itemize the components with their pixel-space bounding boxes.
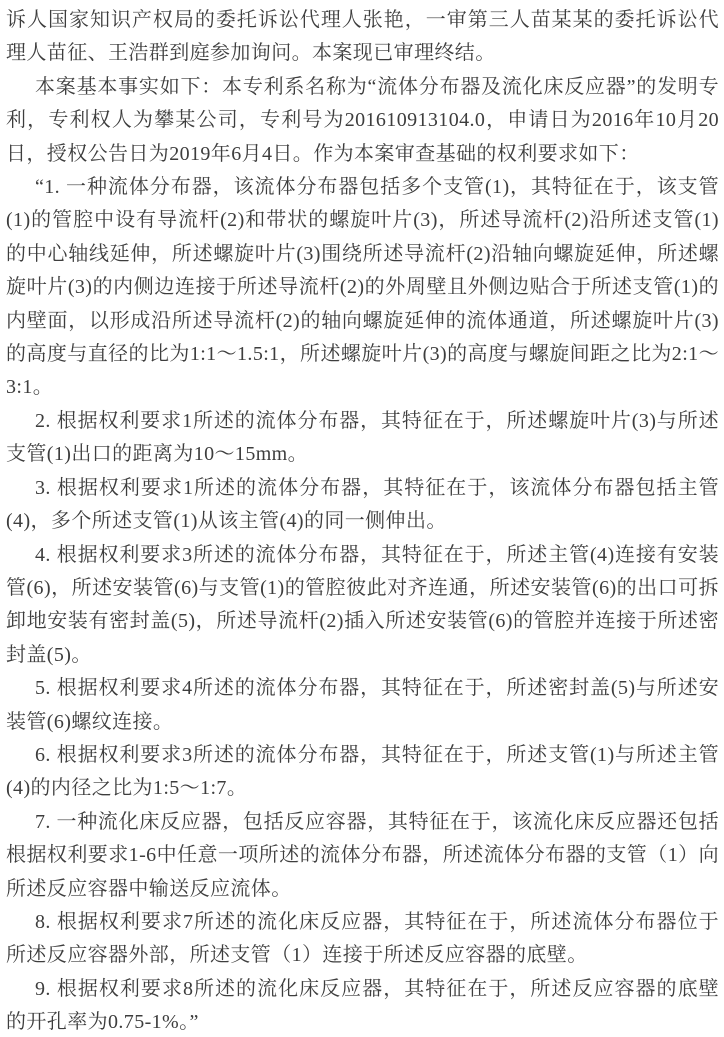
paragraph-8: 6. 根据权利要求3所述的流体分布器，其特征在于，所述支管(1)与所述主管(4)… xyxy=(6,739,719,806)
paragraph-2: 本案基本事实如下：本专利系名称为“流体分布器及流化床反应器”的发明专利，专利权人… xyxy=(6,71,719,171)
paragraph-6: 4. 根据权利要求3所述的流体分布器，其特征在于，所述主管(4)连接有安装管(6… xyxy=(6,539,719,673)
paragraph-11: 9. 根据权利要求8所述的流化床反应器，其特征在于，所述反应容器的底壁的开孔率为… xyxy=(6,973,719,1037)
paragraph-4: 2. 根据权利要求1所述的流体分布器，其特征在于，所述螺旋叶片(3)与所述支管(… xyxy=(6,405,719,472)
paragraph-3: “1. 一种流体分布器，该流体分布器包括多个支管(1)，其特征在于，该支管(1)… xyxy=(6,171,719,405)
paragraph-7: 5. 根据权利要求4所述的流体分布器，其特征在于，所述密封盖(5)与所述安装管(… xyxy=(6,672,719,739)
document-page: 诉人国家知识产权局的委托诉讼代理人张艳，一审第三人苗某某的委托诉讼代理人苗征、王… xyxy=(0,0,724,1037)
document-body: 诉人国家知识产权局的委托诉讼代理人张艳，一审第三人苗某某的委托诉讼代理人苗征、王… xyxy=(6,4,719,1037)
paragraph-10: 8. 根据权利要求7所述的流化床反应器，其特征在于，所述流体分布器位于所述反应容… xyxy=(6,906,719,973)
paragraph-9: 7. 一种流化床反应器，包括反应容器，其特征在于，该流化床反应器还包括根据权利要… xyxy=(6,806,719,906)
paragraph-5: 3. 根据权利要求1所述的流体分布器，其特征在于，该流体分布器包括主管(4)，多… xyxy=(6,472,719,539)
paragraph-1: 诉人国家知识产权局的委托诉讼代理人张艳，一审第三人苗某某的委托诉讼代理人苗征、王… xyxy=(6,4,719,71)
